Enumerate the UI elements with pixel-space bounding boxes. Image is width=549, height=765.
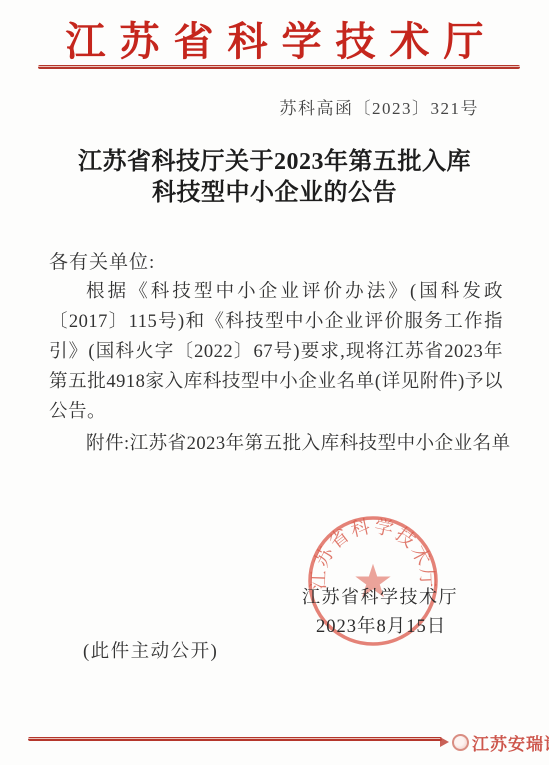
salutation: 各有关单位:	[49, 247, 155, 274]
signature-date: 2023年8月15日	[316, 612, 446, 638]
doc-number: 苏科高函〔2023〕321号	[280, 94, 480, 119]
letterhead-divider	[38, 65, 520, 69]
signature-agency: 江苏省科学技术厅	[302, 583, 458, 609]
arrow-icon	[440, 737, 449, 747]
body-paragraph: 根据《科技型中小企业评价办法》(国科发政〔2017〕115号)和《科技型中小企业…	[49, 277, 503, 427]
document-title-line1: 江苏省科技厅关于2023年第五批入库	[0, 147, 549, 178]
watermark: 江苏安瑞讯	[440, 730, 549, 754]
document-title-line2: 科技型中小企业的公告	[0, 178, 549, 209]
footer-divider	[28, 737, 442, 741]
document-page: 江苏省科学技术厅 苏科高函〔2023〕321号 江苏省科技厅关于2023年第五批…	[0, 0, 549, 765]
watermark-logo-icon	[452, 734, 469, 751]
document-title: 江苏省科技厅关于2023年第五批入库 科技型中小企业的公告	[0, 147, 549, 209]
disclosure-note: (此件主动公开)	[83, 637, 218, 663]
letterhead-agency-title: 江苏省科学技术厅	[0, 10, 549, 67]
watermark-text: 江苏安瑞讯	[472, 730, 549, 755]
attachment-line: 附件:江苏省2023年第五批入库科技型中小企业名单	[49, 429, 519, 455]
